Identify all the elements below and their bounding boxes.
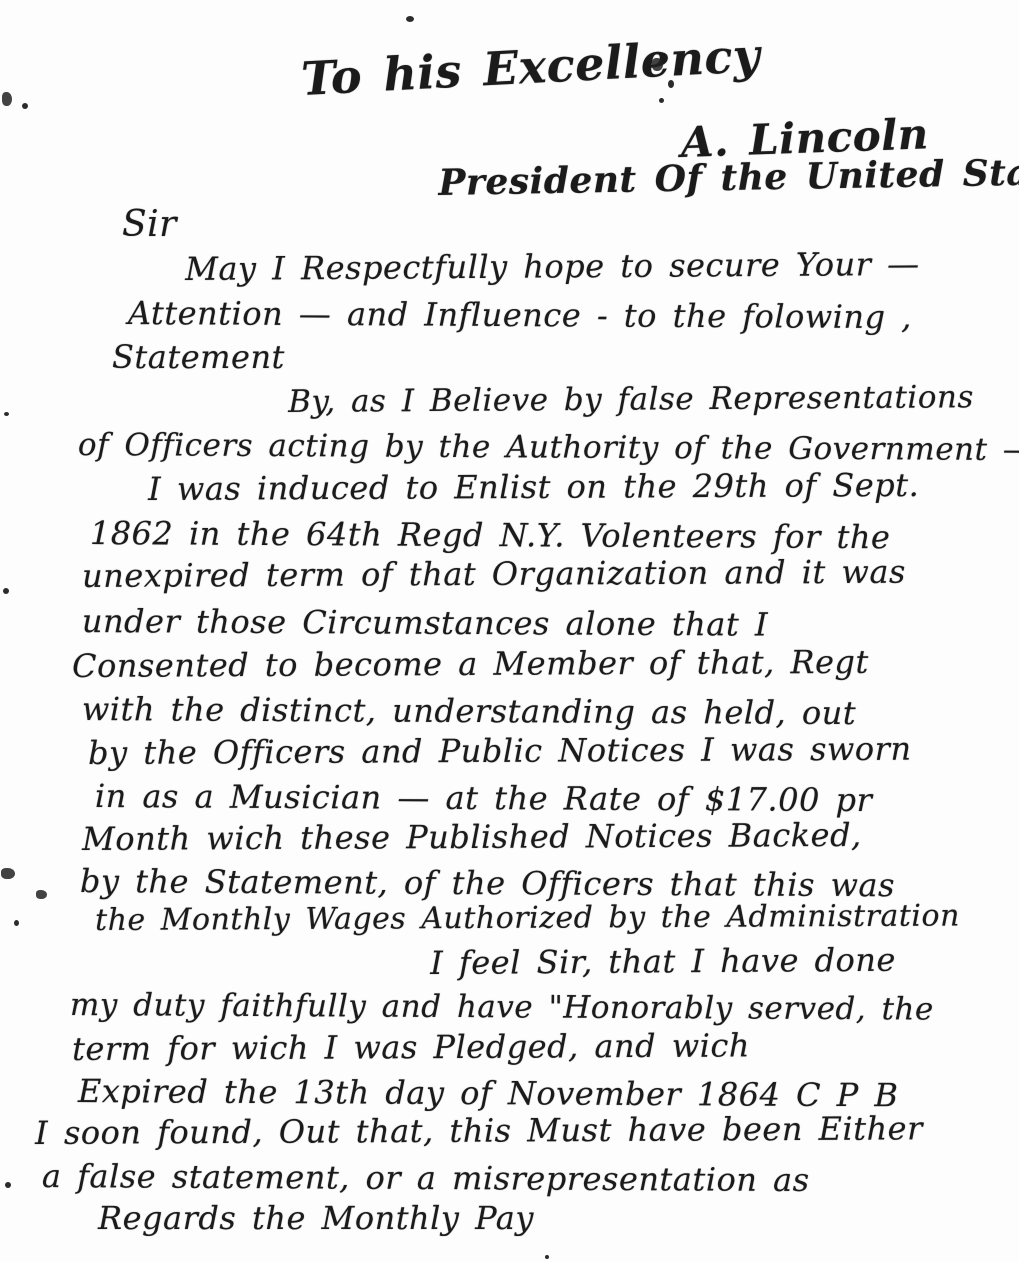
letter-line: Month wich these Published Notices Backe… [82,816,862,858]
letter-line: I feel Sir, that I have done [430,941,896,982]
letter-line: by the Officers and Public Notices I was… [88,730,912,772]
ink-speck [36,890,47,899]
letter-line: I soon found, Out that, this Must have b… [35,1109,923,1152]
letter-line: Statement [112,338,285,376]
ink-speck [3,588,9,594]
ink-speck [14,920,19,926]
letter-line: by the Statement, of the Officers that t… [80,862,895,904]
ink-speck [659,98,664,103]
letter-line: under those Circumstances alone that I [82,602,768,644]
letter-line: unexpired term of that Organization and … [82,553,906,595]
letter-line: a false statement, or a misrepresentatio… [42,1157,810,1199]
letter-line: the Monthly Wages Authorized by the Admi… [95,898,960,938]
ink-speck [545,1255,549,1259]
letter-line: May I Respectfully hope to secure Your — [185,245,920,288]
letter-line: with the distinct, understanding as held… [82,690,856,732]
letter-line: 1862 in the 64th Regd N.Y. Volenteers fo… [90,514,891,556]
letter-line: Consented to become a Member of that, Re… [72,643,869,685]
ink-speck [668,80,674,88]
letter-line: in as a Musician — at the Rate of $17.00… [95,777,873,819]
letter-line: Regards the Monthly Pay [98,1199,534,1237]
ink-speck [678,68,682,72]
letter-line: of Officers acting by the Authority of t… [78,427,1019,468]
ink-speck [22,103,28,109]
ink-speck [2,92,12,106]
letter-line: By, as I Believe by false Representation… [288,379,974,420]
letter-page: To his Excellency A. Lincoln President O… [0,0,1019,1262]
ink-speck [406,16,414,22]
letter-line: Attention — and Influence - to the folow… [128,294,912,336]
letter-line: my duty faithfully and have "Honorably s… [70,987,934,1028]
ink-speck [4,412,9,416]
heading-line-title: President Of the United States [438,151,1019,204]
letter-line: Expired the 13th day of November 1864 C … [78,1072,899,1114]
ink-speck [1,868,15,879]
heading-line-addressee: To his Excellency [300,28,761,106]
salutation: Sir [122,204,177,245]
letter-line: I was induced to Enlist on the 29th of S… [148,466,919,508]
letter-line: term for wich I was Pledged, and wich [72,1026,750,1068]
ink-speck [5,1182,11,1188]
ink-blot [652,58,663,71]
